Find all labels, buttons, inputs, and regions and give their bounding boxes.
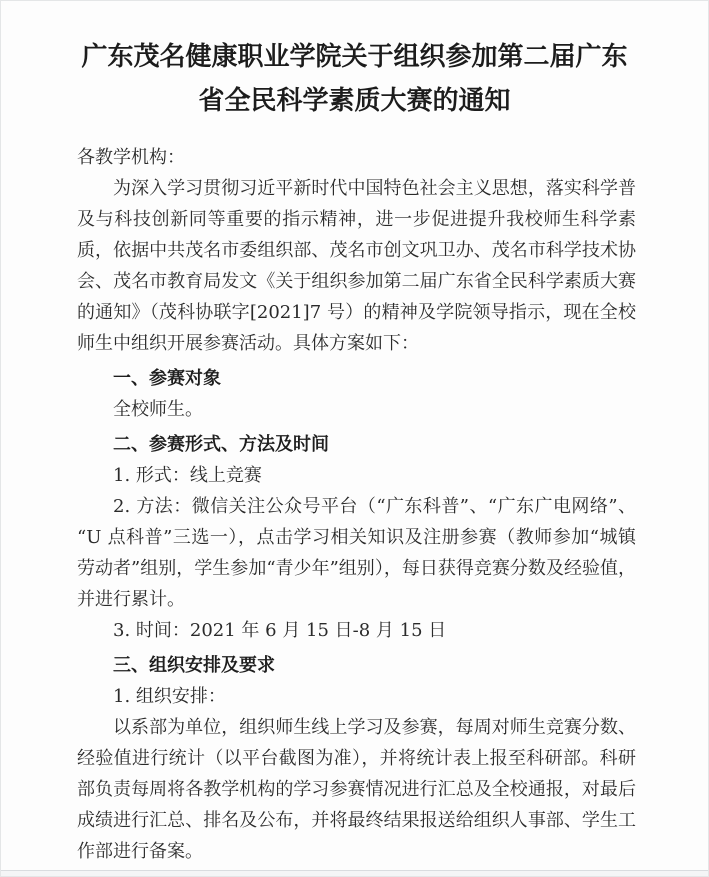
section-3-item-1: 1. 组织安排： <box>77 681 636 712</box>
section-2-heading: 二、参赛形式、方法及时间 <box>77 429 636 460</box>
section-2-item-2: 2. 方法：微信关注公众号平台（“广东科普”、“广东广电网络”、“U 点科普”三… <box>77 491 636 615</box>
section-3-heading: 三、组织安排及要求 <box>77 650 636 681</box>
section-3-item-2: 以系部为单位，组织师生线上学习及参赛，每周对师生竞赛分数、经验值进行统计（以平台… <box>77 712 636 867</box>
section-2-item-1: 1. 形式：线上竞赛 <box>77 460 636 491</box>
section-1-item-1: 全校师生。 <box>77 394 636 425</box>
intro-paragraph: 为深入学习贯彻习近平新时代中国特色社会主义思想，落实科学普及与科技创新同等重要的… <box>77 173 636 359</box>
scan-page-bottom-edge <box>1 870 708 876</box>
document-title: 广东茂名健康职业学院关于组织参加第二届广东省全民科学素质大赛的通知 <box>75 35 635 123</box>
document-body: 各教学机构： 为深入学习贯彻习近平新时代中国特色社会主义思想，落实科学普及与科技… <box>1 142 708 867</box>
section-2-item-3: 3. 时间：2021 年 6 月 15 日-8 月 15 日 <box>77 615 636 646</box>
section-1-heading: 一、参赛对象 <box>77 363 636 394</box>
salutation: 各教学机构： <box>77 142 636 173</box>
document-page: 广东茂名健康职业学院关于组织参加第二届广东省全民科学素质大赛的通知 各教学机构：… <box>0 0 709 877</box>
